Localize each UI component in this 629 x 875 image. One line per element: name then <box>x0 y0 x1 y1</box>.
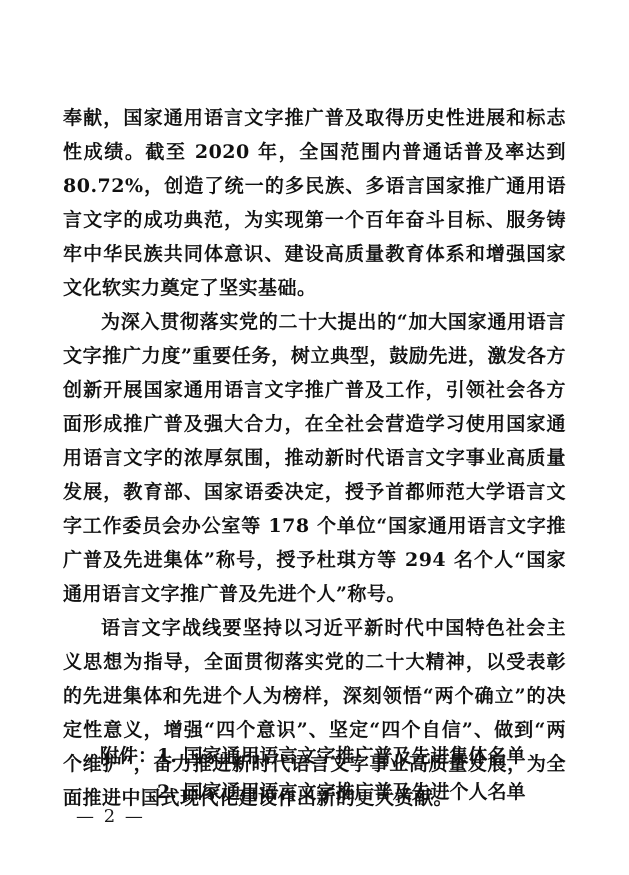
page-number: — 2 — <box>76 806 145 827</box>
attachment-item-2: 2. 国家通用语言文字推广普及先进个人名单 <box>157 774 525 810</box>
body-paragraph-2: 为深入贯彻落实党的二十大提出的“加大国家通用语言文字推广力度”重要任务，树立典型… <box>63 305 566 611</box>
body-paragraph-1: 奉献，国家通用语言文字推广普及取得历史性进展和标志性成绩。截至 2020 年，全… <box>63 101 566 305</box>
attachment-items: 1. 国家通用语言文字推广普及先进集体名单 2. 国家通用语言文字推广普及先进个… <box>157 738 525 810</box>
document-body: 奉献，国家通用语言文字推广普及取得历史性进展和标志性成绩。截至 2020 年，全… <box>63 101 566 815</box>
attachment-item-1: 1. 国家通用语言文字推广普及先进集体名单 <box>157 738 525 774</box>
attachment-section: 附件： 1. 国家通用语言文字推广普及先进集体名单 2. 国家通用语言文字推广普… <box>100 738 570 810</box>
document-page: 奉献，国家通用语言文字推广普及取得历史性进展和标志性成绩。截至 2020 年，全… <box>0 0 629 875</box>
attachment-label: 附件： <box>100 738 157 774</box>
